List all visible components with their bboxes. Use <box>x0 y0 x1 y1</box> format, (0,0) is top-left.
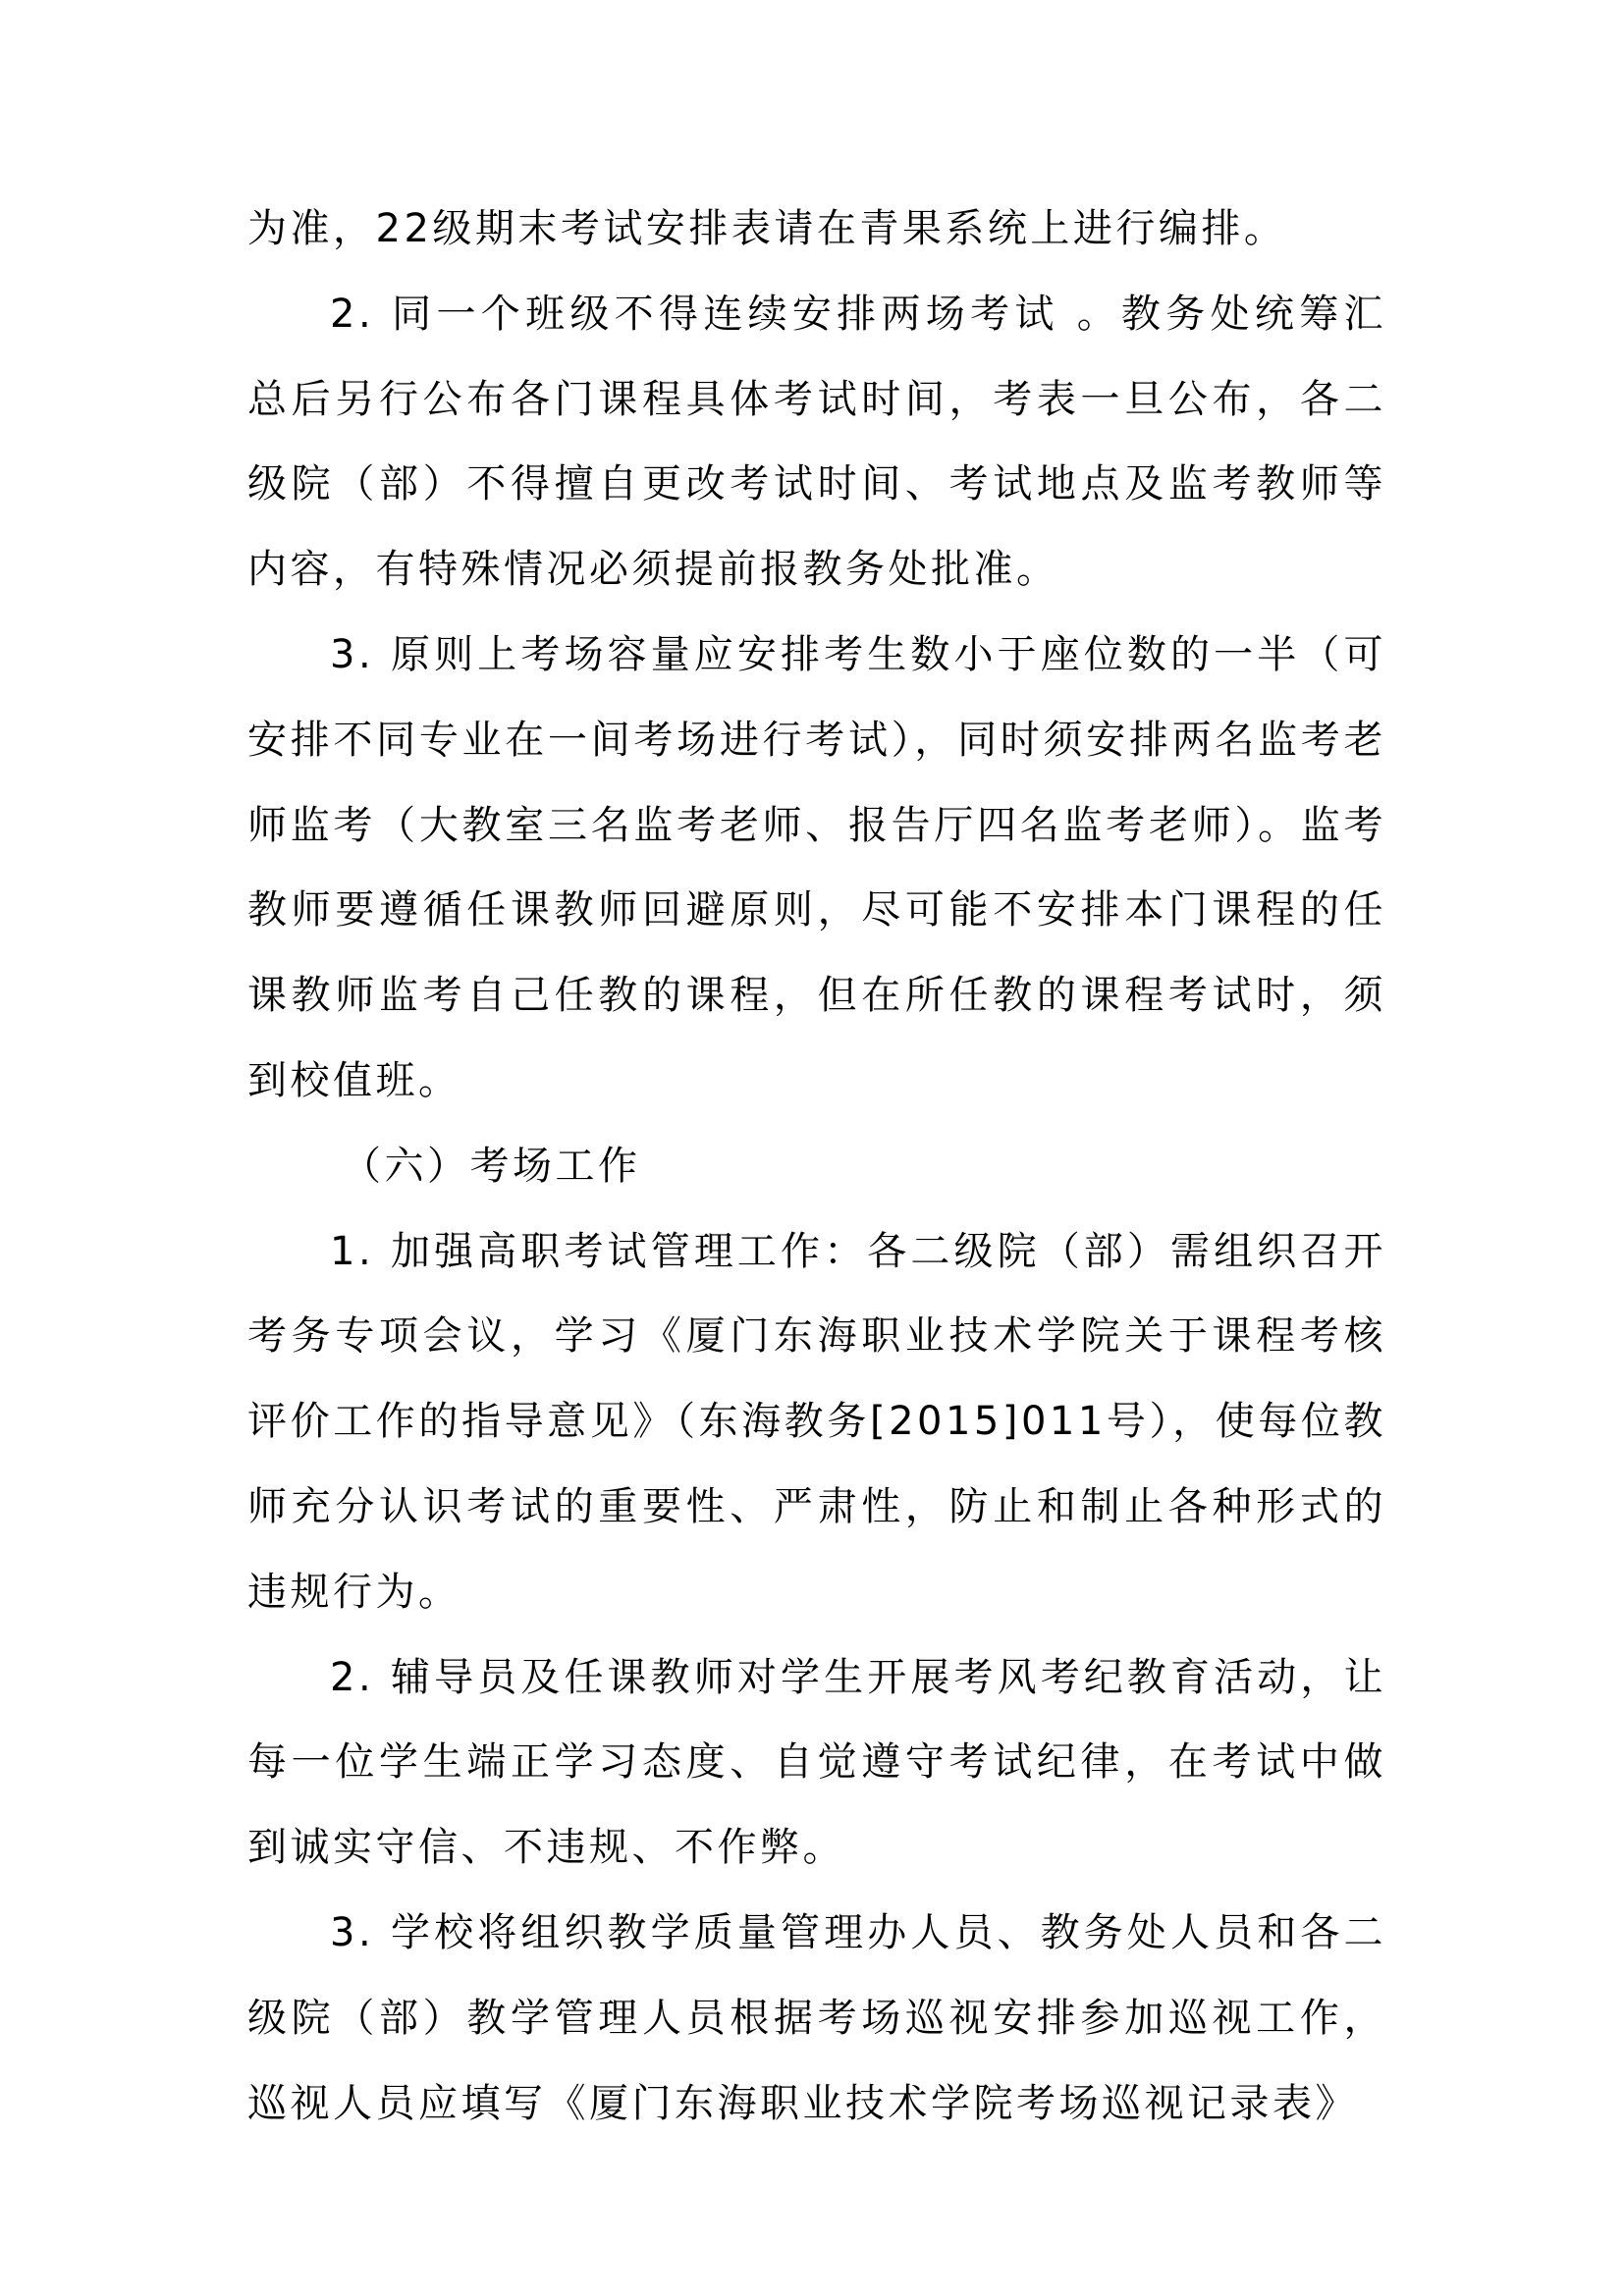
paragraph-item-3: 3. 原则上考场容量应安排考生数小于座位数的一半（可安排不同专业在一间考场进行考… <box>247 613 1386 1124</box>
document-page: 为准，22级期末考试安排表请在青果系统上进行编排。 2. 同一个班级不得连续安排… <box>247 187 1386 2146</box>
section-item-2: 2. 辅导员及任课教师对学生开展考风考纪教育活动，让每一位学生端正学习态度、自觉… <box>247 1635 1386 1891</box>
section-item-1: 1. 加强高职考试管理工作：各二级院（部）需组织召开考务专项会议，学习《厦门东海… <box>247 1209 1386 1635</box>
section-heading: （六）考场工作 <box>247 1124 1386 1209</box>
paragraph-continuation: 为准，22级期末考试安排表请在青果系统上进行编排。 <box>247 187 1386 272</box>
section-item-3: 3. 学校将组织教学质量管理办人员、教务处人员和各二级院（部）教学管理人员根据考… <box>247 1891 1386 2146</box>
paragraph-item-2: 2. 同一个班级不得连续安排两场考试 。教务处统筹汇总后另行公布各门课程具体考试… <box>247 272 1386 613</box>
